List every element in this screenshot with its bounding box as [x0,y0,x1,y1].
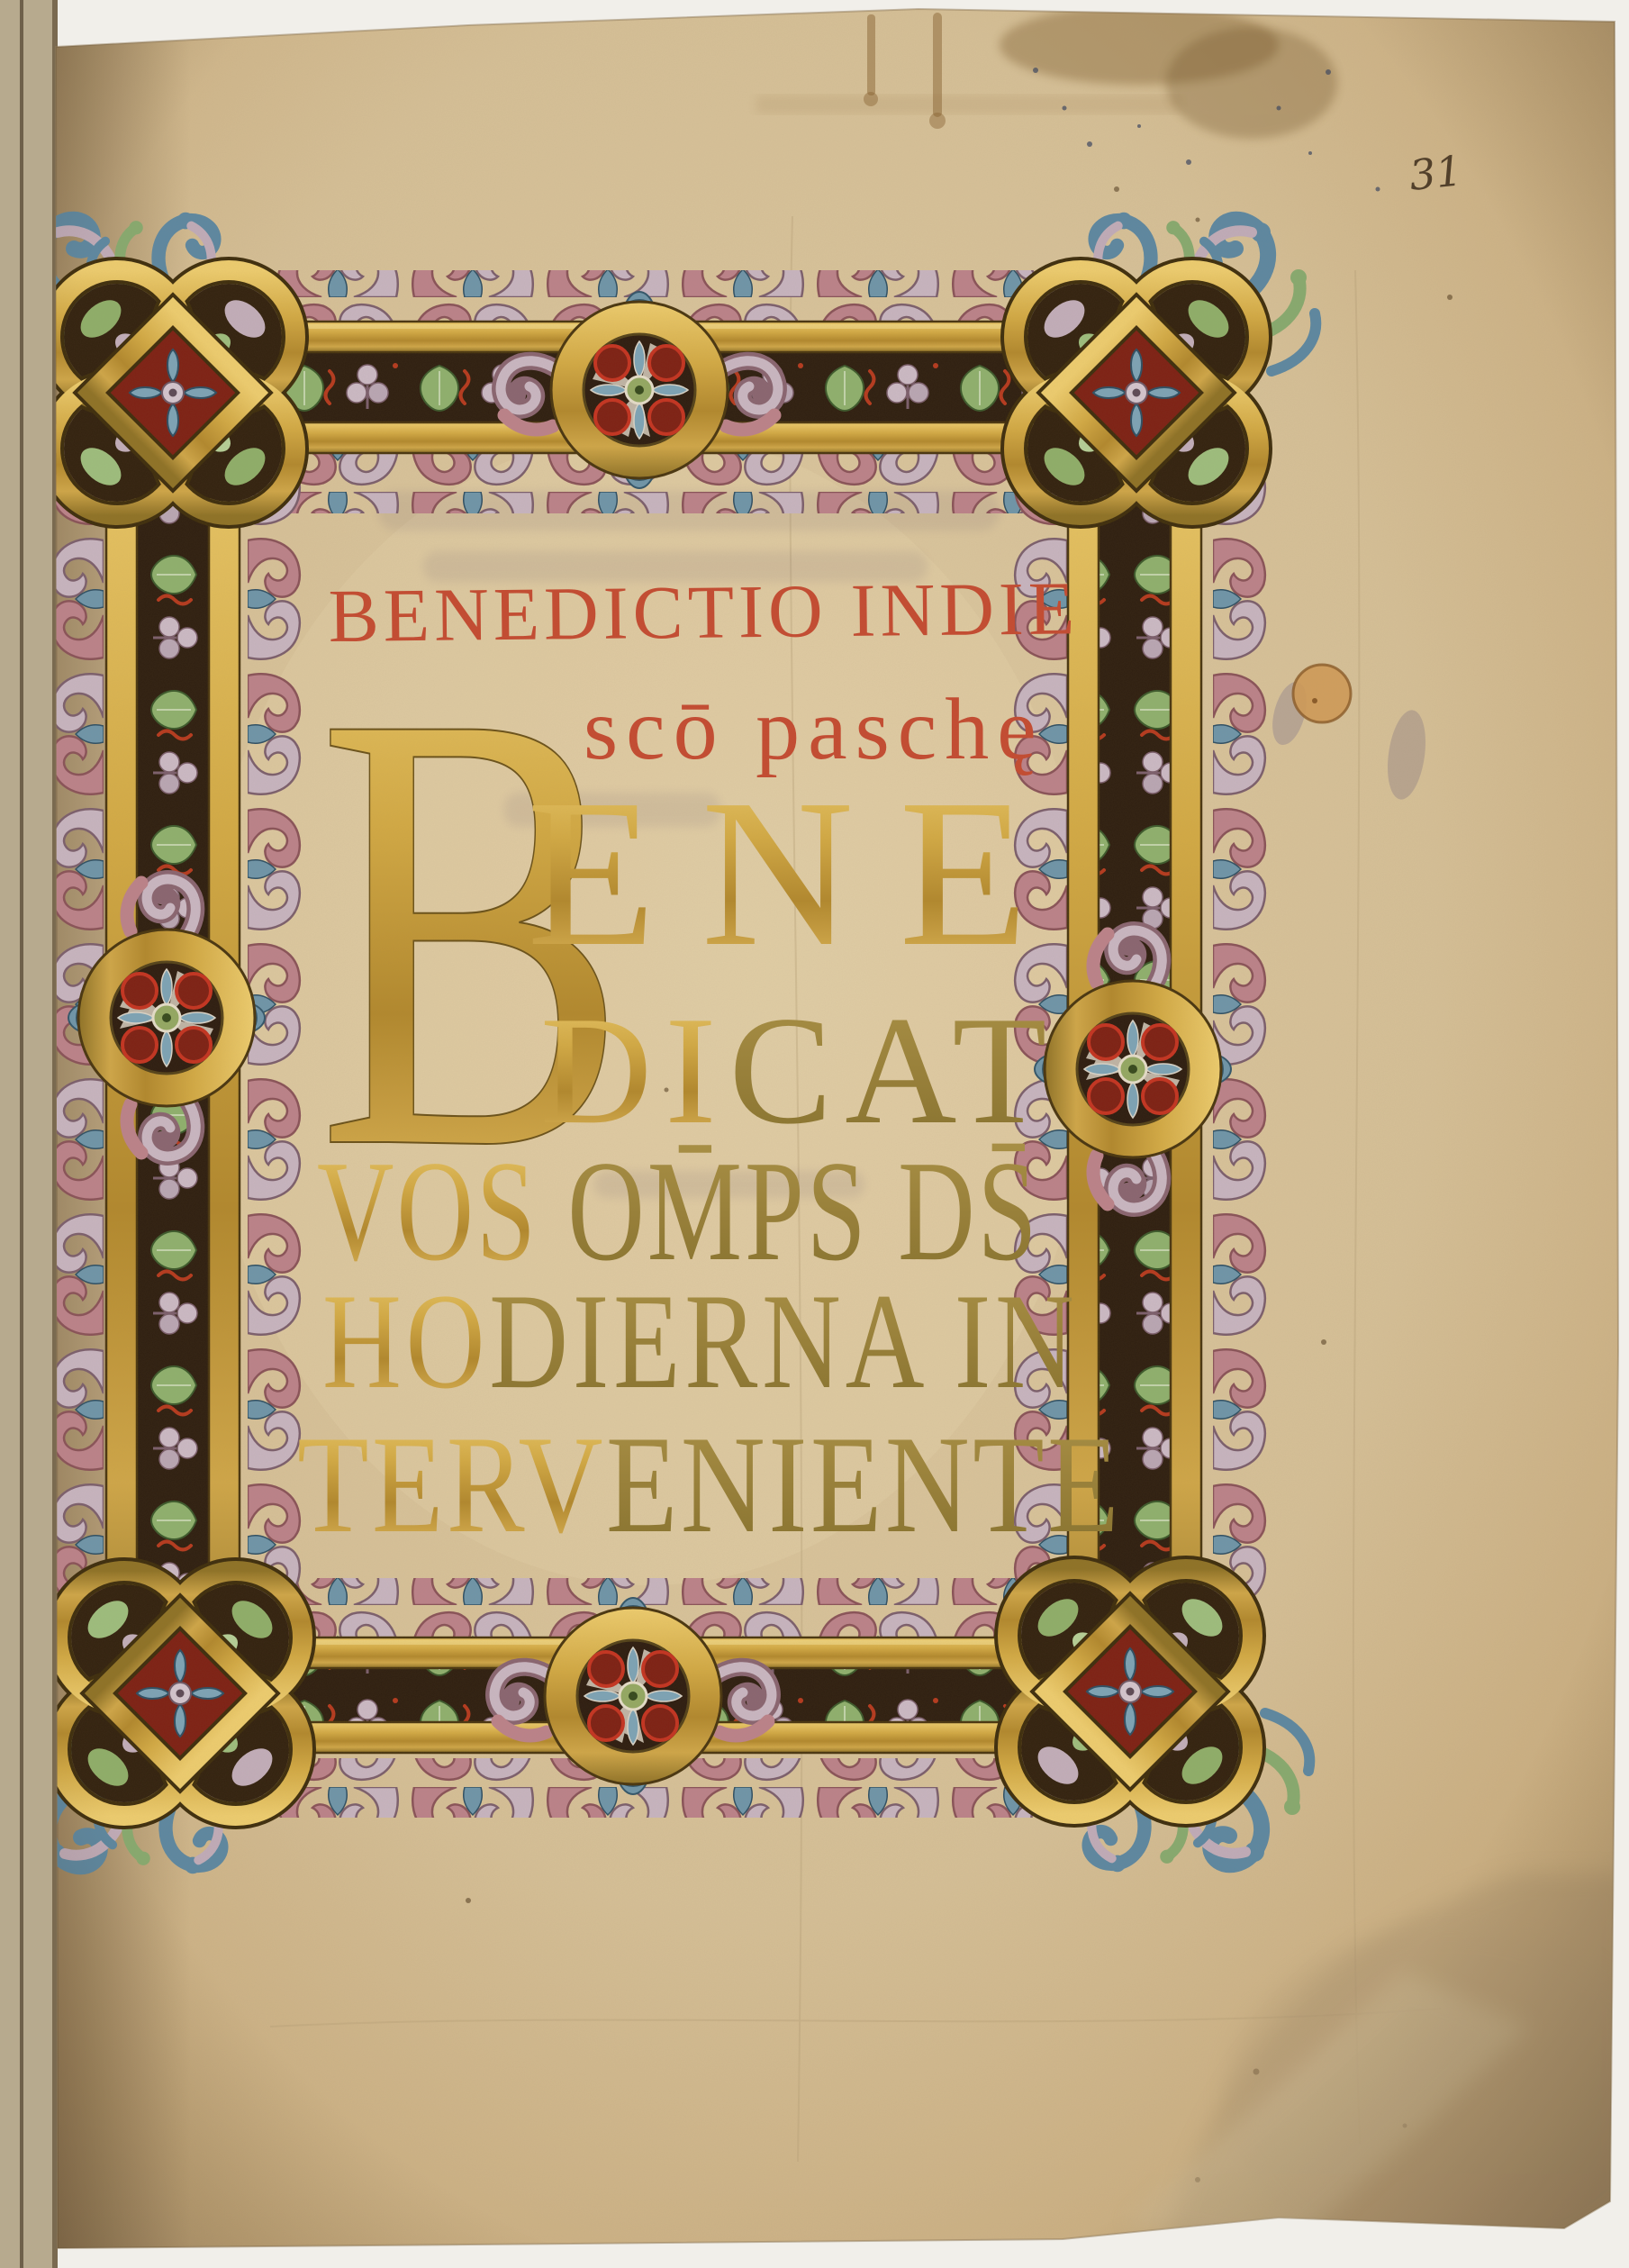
manuscript-photo: BENEDICTIO INDIE scō paschę B ENE DICAT … [0,0,1629,2268]
edge-vignette [45,0,1629,2268]
manuscript-page-canvas: BENEDICTIO INDIE scō paschę B ENE DICAT … [0,0,1629,2268]
book-spine [0,0,58,2268]
